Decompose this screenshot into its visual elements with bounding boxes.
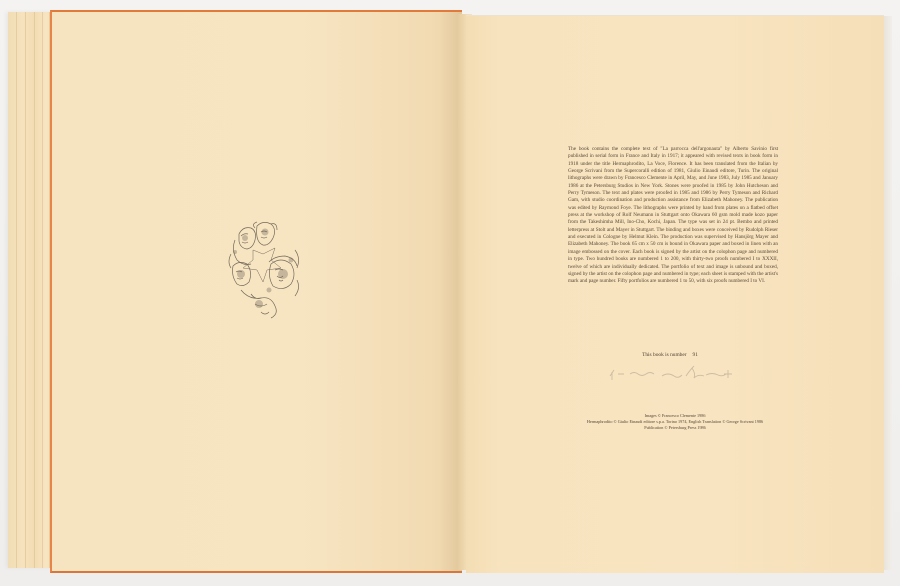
lithograph-illustration-icon xyxy=(225,220,305,322)
page-block-edge xyxy=(8,12,56,568)
credit-line: Publication © Petersburg Press 1986 xyxy=(560,425,790,431)
left-page xyxy=(50,10,462,573)
right-page-edge xyxy=(884,16,892,570)
book-number-line: This book is number91 xyxy=(610,352,730,358)
photo-scene: The book contains the complete text of "… xyxy=(0,0,900,586)
book-number-value: 91 xyxy=(693,352,698,358)
right-page xyxy=(466,15,884,573)
credit-line: Hermaphrodito © Giulio Einaudi editore s… xyxy=(560,419,790,425)
colophon-text: The book contains the complete text of "… xyxy=(568,146,778,286)
copyright-credits: Images © Francesco Clemente 1986 Hermaph… xyxy=(560,413,790,430)
artist-signature-icon xyxy=(606,362,746,384)
book-number-label: This book is number xyxy=(642,352,686,358)
